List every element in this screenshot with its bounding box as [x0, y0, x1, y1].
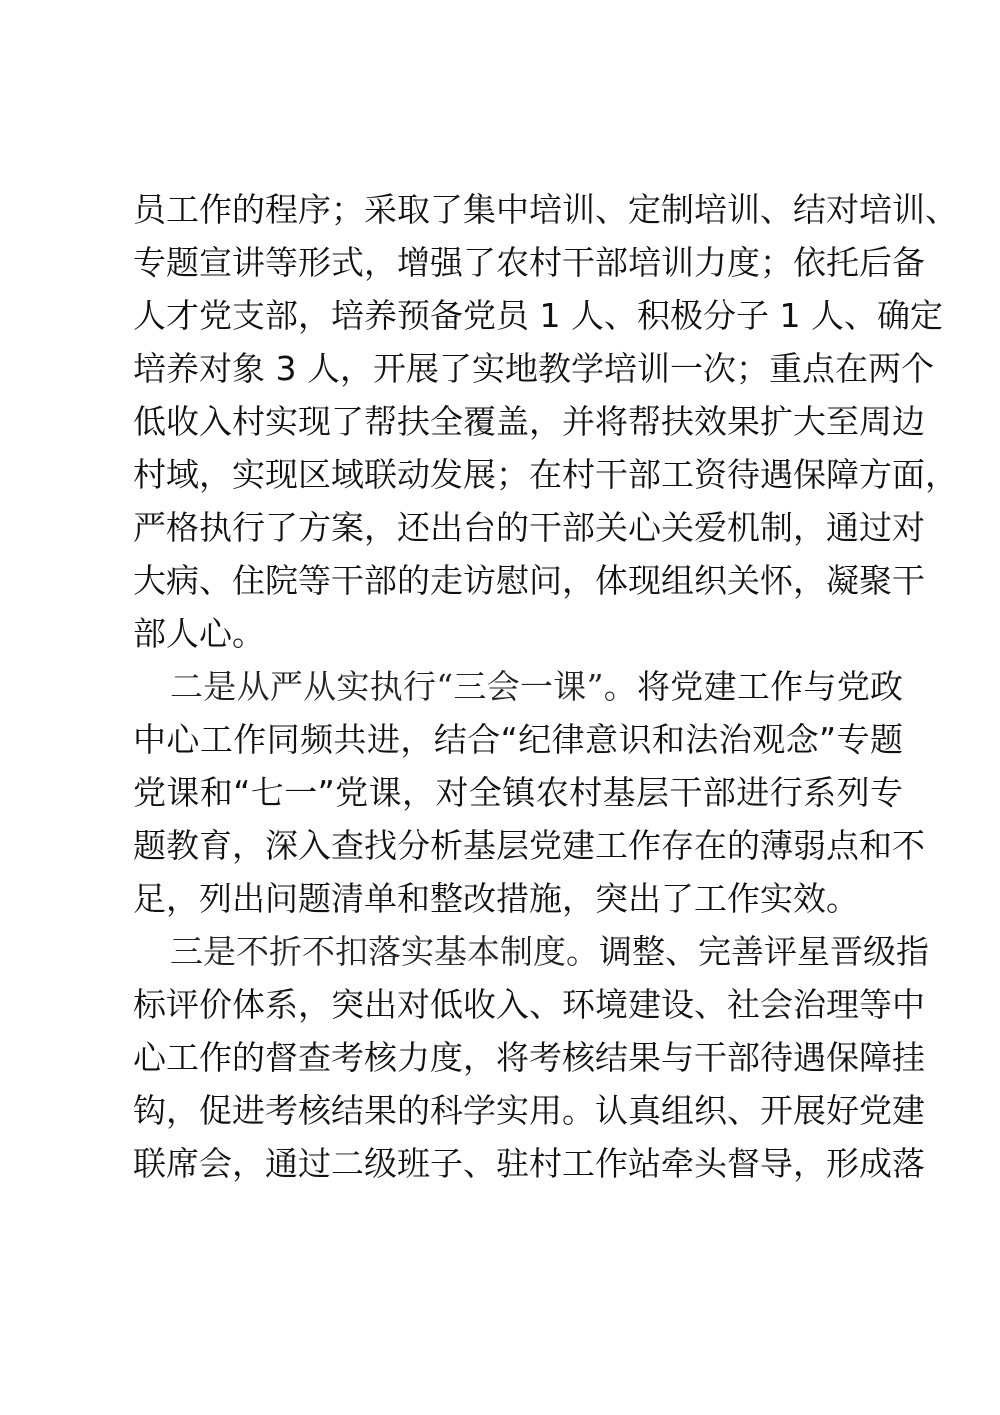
- paragraph-line: 专题宣讲等形式，增强了农村干部培训力度；依托后备: [133, 237, 903, 289]
- paragraph-line: 部人心。: [133, 608, 903, 660]
- section-3-heading: 三是不折不扣落实基本制度。: [170, 932, 599, 971]
- paragraph-line: 足，列出问题清单和整改措施，突出了工作实效。: [133, 873, 903, 925]
- document-page: 员工作的程序；采取了集中培训、定制培训、结对培训、 专题宣讲等形式，增强了农村干…: [0, 0, 1000, 1415]
- section-3-text: 调整、完善评星晋级指: [599, 932, 929, 971]
- paragraph-line: 员工作的程序；采取了集中培训、定制培训、结对培训、: [133, 184, 903, 236]
- paragraph-line: 钩，促进考核结果的科学实用。认真组织、开展好党建: [133, 1085, 903, 1137]
- paragraph-line: 大病、住院等干部的走访慰问，体现组织关怀，凝聚干: [133, 555, 903, 607]
- paragraph-line: 党课和“七一”党课，对全镇农村基层干部进行系列专: [133, 767, 903, 819]
- paragraph-line: 心工作的督查考核力度，将考核结果与干部待遇保障挂: [133, 1032, 903, 1084]
- paragraph-line: 联席会，通过二级班子、驻村工作站牵头督导，形成落: [133, 1138, 903, 1190]
- paragraph-line: 题教育，深入查找分析基层党建工作存在的薄弱点和不: [133, 820, 903, 872]
- paragraph-line: 人才党支部，培养预备党员 1 人、积极分子 1 人、确定: [133, 290, 903, 342]
- section-2-text: 将党建工作与党政: [637, 667, 903, 706]
- paragraph-line: 中心工作同频共进，结合“纪律意识和法治观念”专题: [133, 714, 903, 766]
- section-2-first-line: 二是从严从实执行“三会一课”。将党建工作与党政: [170, 661, 903, 713]
- paragraph-line: 低收入村实现了帮扶全覆盖，并将帮扶效果扩大至周边: [133, 396, 903, 448]
- paragraph-line: 标评价体系，突出对低收入、环境建设、社会治理等中: [133, 979, 903, 1031]
- paragraph-line: 村域，实现区域联动发展；在村干部工资待遇保障方面，: [133, 449, 903, 501]
- paragraph-line: 培养对象 3 人，开展了实地教学培训一次；重点在两个: [133, 343, 903, 395]
- section-2-heading: 二是从严从实执行“三会一课”。: [170, 667, 637, 706]
- paragraph-line: 严格执行了方案，还出台的干部关心关爱机制，通过对: [133, 502, 903, 554]
- section-3-first-line: 三是不折不扣落实基本制度。调整、完善评星晋级指: [170, 926, 903, 978]
